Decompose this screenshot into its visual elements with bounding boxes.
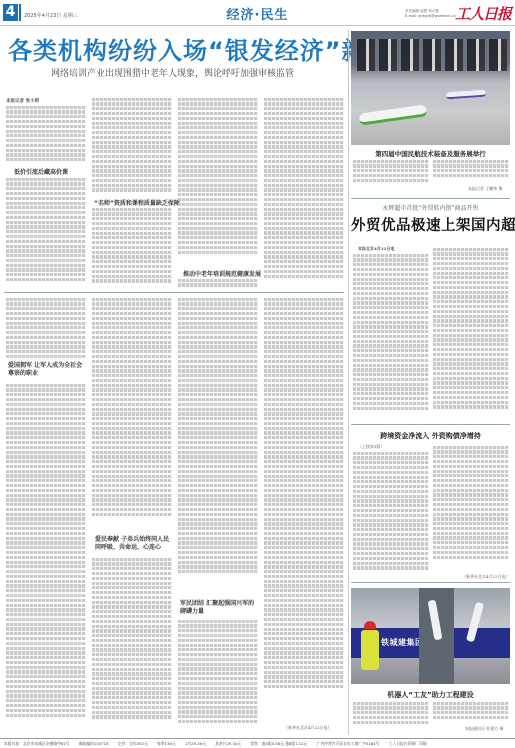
photo-people — [357, 39, 507, 71]
footer-price-month: 其余月29.34元 — [215, 741, 241, 746]
airshow-photo — [351, 31, 510, 145]
footer-address: 本报社址：北京市东城区安德路甲61号 — [4, 741, 70, 746]
footer-ad-license: 广告经营许可证京东工商广字0184号 — [317, 741, 380, 746]
article-subheadline: 永辉超市首批“外贸转内销”商品开售 — [351, 203, 510, 212]
model-plane-icon — [358, 104, 427, 125]
main-headline: 各类机构纷纷入场“银发经济”新赛道 — [8, 31, 348, 66]
robot-worker-photo: 铁城建集团有限 — [351, 588, 510, 684]
model-plane-icon — [446, 90, 486, 100]
article-column — [92, 96, 172, 194]
article-credit: （新华社北京4月22日电） — [284, 725, 332, 731]
article-column — [92, 296, 172, 530]
article-headline: 外贸优品极速上架国内超市 — [351, 214, 510, 235]
article-credit: （新华社北京4月22日电） — [462, 574, 510, 580]
newspaper-logo: 工人日报 — [455, 3, 511, 24]
footer-price-quarter: 每季138元 — [157, 741, 176, 746]
article-subhead: 军民团结 汇聚起强国兴军的磅礴力量 — [180, 600, 258, 616]
photo-text — [433, 700, 509, 722]
footer-postcode: 邮政编码100718 — [79, 741, 109, 746]
article-column — [264, 296, 344, 720]
helmet-icon — [364, 621, 376, 629]
article-column — [264, 96, 344, 286]
article-subhead: 爱民奉献 子弟兵始终同人民同呼吸、共命运、心连心 — [95, 536, 173, 552]
photo-text — [433, 158, 509, 182]
footer-printer: 工人日报社印刷厂印刷 — [389, 741, 427, 746]
article-column — [178, 277, 258, 287]
article-subhead: 爱国拥军 让军人成为全社会尊崇的职业 — [8, 362, 86, 378]
masthead: 4 2025年4月23日 星期三 经济·民生 责任编辑 周慧 刘小燕 E-mai… — [0, 0, 515, 26]
article-subhead: 低价引流后藏高价课 — [14, 167, 68, 176]
article-column — [6, 382, 86, 732]
article-headline: 跨境资金净流入 外资购债净增持 — [351, 431, 510, 441]
main-subheadline: 网络培训产业出现围猎中老年人现象，舆论呼吁加强审核监管 — [0, 66, 345, 79]
footer-price-jan: 1月29.26元 — [185, 741, 206, 746]
article-column — [178, 296, 258, 596]
article-divider — [351, 198, 510, 199]
article-column — [92, 206, 172, 284]
article-column — [353, 252, 429, 416]
photo-credit: 本报记者 王鹏伟 摄 — [468, 186, 503, 192]
article-divider — [351, 582, 510, 583]
worker-figure — [361, 630, 379, 670]
footer-price-annual: 定价：全年552元 — [118, 741, 148, 746]
article-column — [433, 444, 509, 568]
article-divider — [4, 292, 344, 293]
article-column — [6, 296, 86, 360]
article-column — [6, 176, 86, 284]
photo-text — [353, 700, 429, 730]
article-divider — [351, 424, 510, 425]
photo-credit: 本报通讯员 杜建方 摄 — [465, 726, 504, 732]
photo-caption: 机器人“工友”助力工程建设 — [351, 690, 510, 700]
article-column — [433, 246, 509, 416]
column-rule — [348, 30, 349, 735]
article-column — [6, 104, 86, 164]
article-column — [178, 96, 258, 262]
article-column — [92, 556, 172, 732]
article-column — [178, 618, 258, 730]
photo-caption: 第四届中国民航技术装备及服务展举行 — [351, 149, 510, 158]
page-footer: 本报社址：北京市东城区安德路甲61号 邮政编码100718 定价：全年552元 … — [0, 738, 515, 748]
photo-text — [353, 158, 429, 190]
article-column — [353, 450, 429, 576]
footer-retail: 零售：逢4版0.58元 逢8版1.12元 — [250, 741, 307, 746]
